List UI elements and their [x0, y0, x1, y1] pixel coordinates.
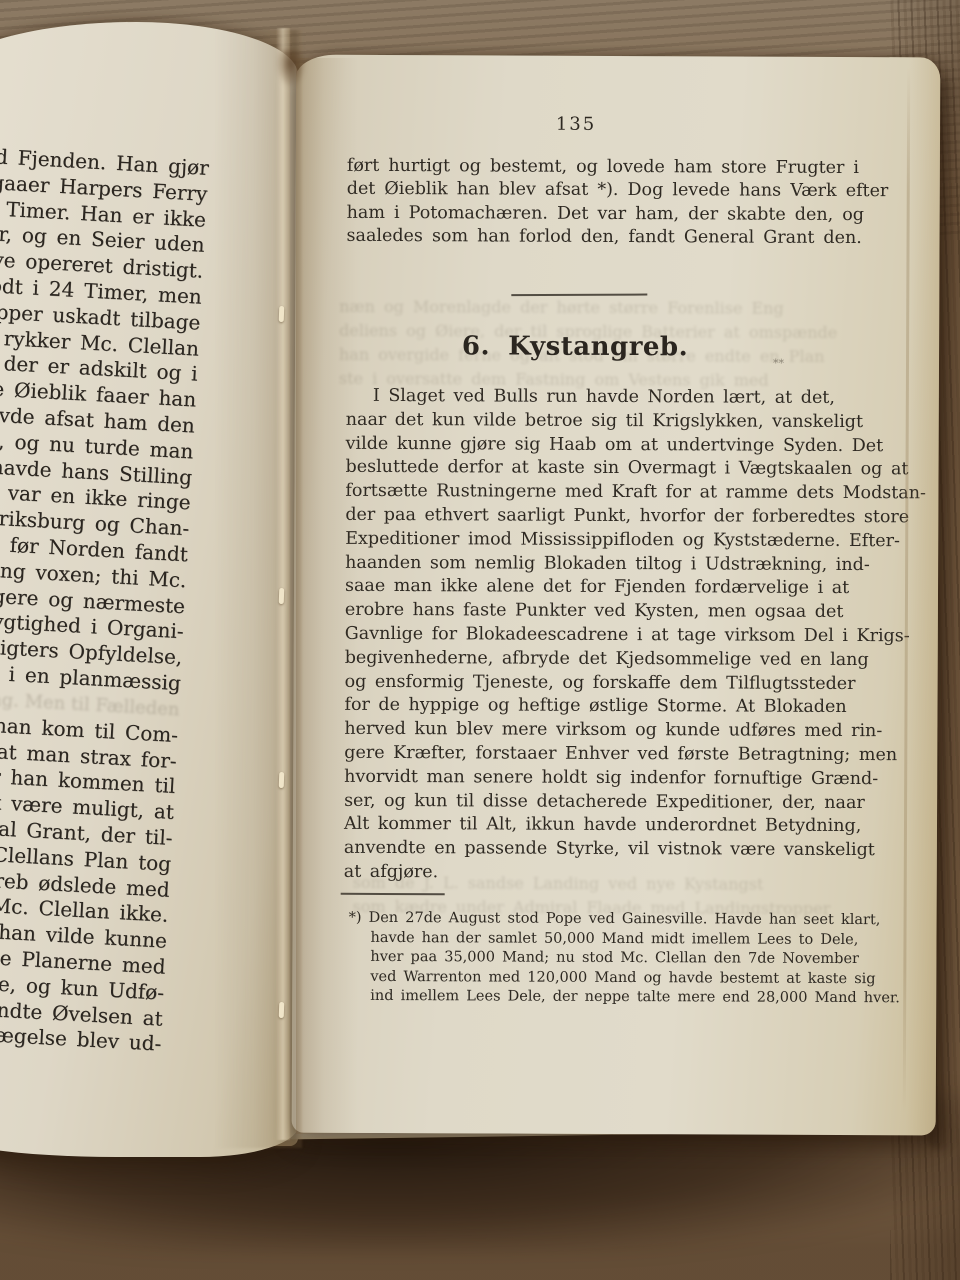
footnote-line: ind imellem Lees Dele, der neppe talte m…: [348, 987, 900, 1009]
footnote-line: havde han der samlet 50,000 Mand midt im…: [348, 928, 900, 950]
footnote: *) Den 27de August stod Pope ved Gainesv…: [348, 909, 900, 1009]
gutter-crease: [276, 28, 290, 1140]
section-number: 6.: [462, 331, 490, 361]
gutter-notch: [276, 50, 306, 88]
text-line: gere Kræfter, forstaaer Enhver ved først…: [344, 742, 925, 768]
left-paragraph-2: d, at han kom til Com-ren, og at man str…: [0, 708, 179, 1058]
text-line: Alt kommer til Alt, ikkun havde underord…: [344, 813, 925, 839]
text-line: saaledes som han forlod den, fandt Gener…: [347, 225, 889, 251]
left-page-number: 34: [0, 93, 212, 128]
text-line: naar det kun vilde betroe sig til Krigsl…: [346, 409, 927, 435]
text-line: haanden som nemlig Blokaden tiltog i Uds…: [345, 551, 926, 577]
footnote-line: ved Warrenton med 120,000 Mand og havde …: [348, 968, 900, 990]
section-heading: 6.Kystangreb.: [295, 331, 855, 363]
text-line: ham i Potomachæren. Det var ham, der ska…: [347, 201, 889, 227]
text-line: vilde kunne gjøre sig Haab om at undertv…: [346, 432, 927, 458]
text-line: anvendte en passende Styrke, vil vistnok…: [344, 837, 925, 863]
text-line: besluttede derfor at kaste sin Overmagt …: [345, 456, 926, 482]
gutter-shadow-right: [296, 58, 358, 1134]
section-title: Kystangreb.: [508, 332, 688, 363]
text-line: erobre hans faste Punkter ved Kysten, me…: [345, 599, 926, 625]
text-line: der paa ethvert saarligt Punkt, hvorfor …: [345, 504, 926, 530]
ghost-line: næn og Morenlagde der hørte større Foren…: [339, 295, 859, 321]
text-line: og ensformig Tjeneste, og forskaffe dem …: [345, 670, 926, 696]
right-page: 135 næn og Morenlagde der hørte større F…: [292, 55, 941, 1136]
text-line: I Slaget ved Bulls run havde Norden lært…: [346, 385, 927, 411]
text-line: herved kun blev mere virksom og kunde ud…: [344, 718, 925, 744]
footnote-line: hver paa 35,000 Mand; nu stod Mc. Clella…: [348, 948, 900, 970]
text-line: for de hyppige og heftige østlige Storme…: [344, 694, 925, 720]
text-line: ser, og kun til disse detacherede Expedi…: [344, 789, 925, 815]
binding-stitch: [279, 588, 285, 604]
text-line: ført hurtigt og bestemt, og lovede ham s…: [347, 155, 889, 181]
text-line: saae man ikke alene det for Fjenden ford…: [345, 575, 926, 601]
fore-edge-shading: [906, 57, 941, 1135]
intro-paragraph: ført hurtigt og bestemt, og lovede ham s…: [347, 155, 889, 251]
binding-stitch: [279, 306, 285, 322]
text-line: fortsætte Rustningerne med Kraft for at …: [345, 480, 926, 506]
text-line: hvorvidt man senere holdt sig indenfor f…: [344, 766, 925, 792]
binding-stitch: [279, 1002, 285, 1018]
photo-open-book: { "scene": { "description": "Open antiqu…: [0, 0, 960, 1280]
text-line: det Øieblik han blev afsat *). Dog leved…: [347, 178, 889, 204]
binding-stitch: [279, 772, 285, 788]
text-line: begivenhederne, afbryde det Kjedsommelig…: [345, 647, 926, 673]
text-line: Expeditioner imod Mississippifloden og K…: [345, 528, 926, 554]
left-paragraph-1: ge imod Fjenden. Han gjørSkyld gaaer Har…: [0, 141, 209, 697]
body-paragraph: I Slaget ved Bulls run havde Norden lært…: [344, 385, 927, 887]
footnote-line: *) Den 27de August stod Pope ved Gainesv…: [349, 909, 901, 931]
right-page-number: 135: [296, 113, 856, 136]
left-page-text: 34 ge imod Fjenden. Han gjørSkyld gaaer …: [0, 93, 212, 1057]
text-line: Gavnlige for Blokadeescadrene i at tage …: [345, 623, 926, 649]
